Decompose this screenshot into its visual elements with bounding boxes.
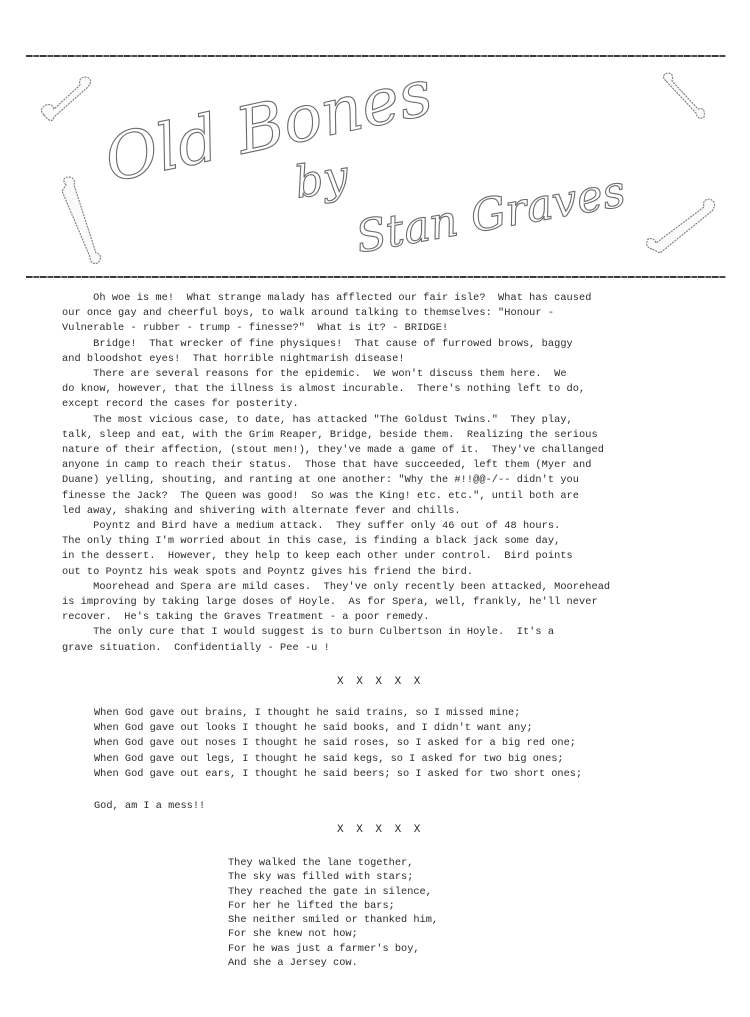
section-separator: X X X X X [337, 676, 423, 688]
article-line: recover. He's taking the Graves Treatmen… [62, 610, 742, 625]
article-line: There are several reasons for the epidem… [62, 367, 742, 382]
poem-line: When God gave out ears, I thought he sai… [94, 767, 582, 782]
article-line: except record the cases for posterity. [62, 397, 742, 412]
article-line: The only cure that I would suggest is to… [62, 625, 742, 640]
poem-line: For she knew not how; [228, 927, 438, 941]
article-line: anyone in camp to reach their status. Th… [62, 458, 742, 473]
article-line: and bloodshot eyes! That horrible nightm… [62, 352, 742, 367]
article-line: in the dessert. However, they help to ke… [62, 549, 742, 564]
bone-icon [647, 199, 715, 253]
article-line: nature of their affection, (stout men!),… [62, 443, 742, 458]
article-line: our once gay and cheerful boys, to walk … [62, 306, 742, 321]
poem-god-gave: When God gave out brains, I thought he s… [94, 706, 582, 782]
poem-line: They walked the lane together, [228, 856, 438, 870]
article-line: Duane) yelling, shouting, and ranting at… [62, 473, 742, 488]
poem-line: For he was just a farmer's boy, [228, 942, 438, 956]
title-banner: Old Bones by Stan Graves [26, 57, 726, 276]
article-line: grave situation. Confidentially - Pee -u… [62, 641, 742, 656]
article-line: do know, however, that the illness is al… [62, 382, 742, 397]
article-line: finesse the Jack? The Queen was good! So… [62, 489, 742, 504]
poem-line: When God gave out noses I thought he sai… [94, 736, 582, 751]
article-body: Oh woe is me! What strange malady has af… [62, 291, 742, 656]
bone-icon [62, 177, 101, 263]
poem-closing-line: God, am I a mess!! [94, 800, 205, 812]
poem-line: When God gave out legs, I thought he sai… [94, 752, 582, 767]
bone-icon [663, 73, 704, 118]
bone-icon [41, 77, 90, 121]
article-line: Poyntz and Bird have a medium attack. Th… [62, 519, 742, 534]
author-script: Stan Graves [352, 166, 629, 264]
poem-line: She neither smiled or thanked him, [228, 913, 438, 927]
article-line: led away, shaking and shivering with alt… [62, 504, 742, 519]
poem-line: The sky was filled with stars; [228, 870, 438, 884]
title-art: Old Bones by Stan Graves [26, 57, 726, 276]
byline-script: by [292, 151, 353, 209]
poem-line: For her he lifted the bars; [228, 899, 438, 913]
poem-farmers-boy: They walked the lane together, The sky w… [228, 856, 438, 970]
poem-line: And she a Jersey cow. [228, 956, 438, 970]
article-line: The only thing I'm worried about in this… [62, 534, 742, 549]
article-line: The most vicious case, to date, has atta… [62, 413, 742, 428]
section-separator: X X X X X [337, 824, 423, 836]
article-line: is improving by taking large doses of Ho… [62, 595, 742, 610]
article-line: Moorehead and Spera are mild cases. They… [62, 580, 742, 595]
poem-line: They reached the gate in silence, [228, 885, 438, 899]
article-line: Oh woe is me! What strange malady has af… [62, 291, 742, 306]
article-line: talk, sleep and eat, with the Grim Reape… [62, 428, 742, 443]
article-line: out to Poyntz his weak spots and Poyntz … [62, 565, 742, 580]
title-script: Old Bones [99, 57, 439, 197]
article-line: Bridge! That wrecker of fine physiques! … [62, 337, 742, 352]
bottom-rule [26, 276, 726, 278]
poem-line: When God gave out looks I thought he sai… [94, 721, 582, 736]
poem-line: When God gave out brains, I thought he s… [94, 706, 582, 721]
article-line: Vulnerable - rubber - trump - finesse?" … [62, 321, 742, 336]
